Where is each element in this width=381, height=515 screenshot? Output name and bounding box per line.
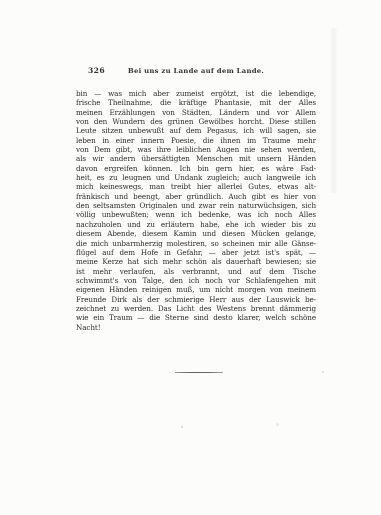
scan-speck (276, 423, 279, 426)
text-line: zeichnet zu werden. Das Licht des Westen… (76, 304, 316, 313)
text-line: die mich unbarmherzig molestiren, so sch… (76, 239, 316, 248)
text-line: Freunde Dirk als der schmierige Herr aus… (76, 295, 316, 304)
scan-speck (322, 371, 324, 373)
text-line: heit, es zu leugnen und Undank zugleich;… (76, 173, 316, 182)
text-line: Leute sitzen unbewußt auf dem Pegasus, i… (76, 126, 316, 135)
text-line: meine Kerze hat sich mehr schön als daue… (76, 257, 316, 266)
text-line: den seltsamsten Originalen und zwar rein… (76, 201, 316, 210)
text-line: flügel auf dem Hofe in Gefahr, — aber je… (76, 248, 316, 257)
body-text: bin — was mich aber zumeist ergötzt, ist… (76, 89, 316, 332)
scan-speck (181, 426, 183, 428)
book-page: 326 Bei uns zu Lande auf dem Lande. bin … (0, 0, 381, 515)
text-line: davon ergreifen können. Ich bin gern hie… (76, 164, 316, 173)
text-line: von den Wundern des grünen Gewölbes horc… (76, 117, 316, 126)
text-line: wie ein Traum — die Sterne sind desto kl… (76, 313, 316, 322)
text-line: fränkisch und beengt, aber gründlich. Au… (76, 192, 316, 201)
text-line: von Dem gibt, was ihre leiblichen Augen … (76, 145, 316, 154)
text-line: nachzuholen und zu erläutern habe, ehe i… (76, 220, 316, 229)
text-line: leben in einer innern Poesie, die ihnen … (76, 136, 316, 145)
text-line: Nacht! (76, 323, 316, 332)
text-line: meinen Erzählungen von Städten, Ländern … (76, 108, 316, 117)
text-line: schwimmt's von Talge, den ich noch vor S… (76, 276, 316, 285)
page-edge-shadow (329, 28, 338, 193)
text-line: mich keineswegs, man treibt hier allerle… (76, 182, 316, 191)
text-line: frische Theilnahme, die kräftige Phantas… (76, 98, 316, 107)
text-line: völlig unbewußten; wenn ich bedenke, was… (76, 210, 316, 219)
text-line: ist mehr verlaufen, als verbrannt, und a… (76, 267, 316, 276)
text-line: bin — was mich aber zumeist ergötzt, ist… (76, 89, 316, 98)
page-header: 326 Bei uns zu Lande auf dem Lande. (76, 66, 316, 77)
text-line: eigenen Händen reinigen muß, um nicht mo… (76, 285, 316, 294)
running-title: Bei uns zu Lande auf dem Lande. (76, 67, 316, 75)
section-divider-rule (175, 372, 223, 373)
text-line: als wir andern übersättigten Menschen mi… (76, 154, 316, 163)
text-line: diesem Abende, diesem Kamin und diesen M… (76, 229, 316, 238)
